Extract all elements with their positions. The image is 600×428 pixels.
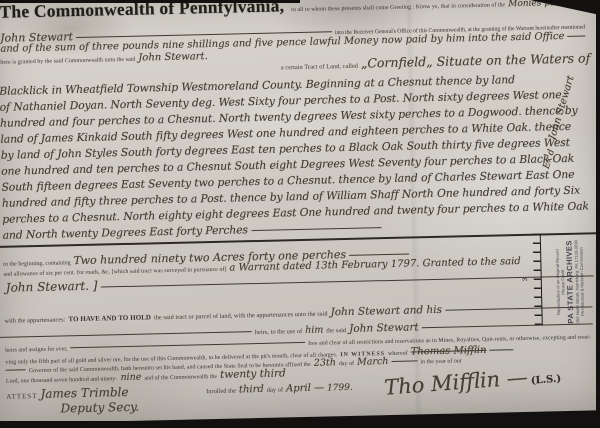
lord-year-text: Lord, one thousand seven hundred and nin…: [6, 376, 118, 385]
scan-edge-bottom: [0, 421, 600, 428]
tract-parcel-text: the said tract or parcel of land, with t…: [154, 310, 328, 321]
inrolled-label: Inrolled the: [206, 388, 236, 396]
heirs-use-text: heirs, to the use of: [255, 328, 302, 336]
attest-name: James Trimble: [40, 385, 128, 401]
year-word: nine: [120, 372, 141, 383]
seal-month: March: [357, 356, 389, 368]
grantee-name: John Stewart. ]: [6, 279, 98, 295]
to-have-and-to-hold: TO HAVE AND TO HOLD: [68, 313, 151, 323]
him-word: him: [305, 325, 323, 336]
commonwealth-year: twenty third: [220, 367, 286, 380]
grantee-name: John Stewart.: [138, 51, 208, 64]
enrolled-year: 1799.: [327, 383, 353, 394]
commonwealth-year-text: and of the Commonwealth the: [144, 374, 217, 382]
dash-filler: [252, 227, 382, 231]
dash-filler: [0, 331, 252, 338]
day-of-text: day of: [267, 386, 283, 393]
dash-filler: [71, 342, 306, 348]
dash-filler: [489, 349, 513, 351]
archives-stamp: Reproduction of an Original Record Pleas…: [546, 226, 594, 337]
metes-and-bounds: Blacklick in Wheatfield Township Westmor…: [0, 71, 583, 244]
granted-text: there is granted by the said Commonwealt…: [0, 57, 135, 66]
archives-stamp-text: Reproduction of an Original Record Pleas…: [554, 227, 585, 338]
tract-label: a certain Tract of Land, called: [281, 63, 358, 72]
greeting-text: to all to whom these presents shall come…: [291, 2, 505, 13]
attest-row: ATTEST James Trimble: [6, 385, 129, 402]
grantee-and-his: John Stewart and his: [330, 304, 442, 319]
heirs-forever-text: heirs and assigns for ever,: [5, 346, 68, 353]
attest-label: ATTEST: [6, 392, 37, 401]
dash-filler: [567, 35, 585, 36]
ruler-label: 3: [522, 278, 529, 282]
document-title: The Commonwealth of Pennfylvania,: [0, 0, 284, 23]
seal-mark: (L.S.): [531, 374, 562, 387]
scanned-document: The Commonwealth of Pennfylvania, to all…: [0, 0, 600, 428]
day-of-text: day of: [339, 361, 354, 367]
enrolled-month: April —: [286, 383, 324, 395]
deputy-title: Deputy Secy.: [60, 400, 139, 416]
enrolled-row: Inrolled the third day of April — 1799.: [206, 382, 353, 396]
scan-edge-right: [596, 0, 600, 428]
tract-name: „Cornfield„ Situate on the Waters of: [361, 50, 591, 70]
enrolled-day: third: [239, 384, 264, 396]
scan-edge-top: [0, 0, 300, 3]
paper: The Commonwealth of Pennfylvania, to all…: [0, 0, 600, 424]
appurtenances-text: with the appurtenances:: [4, 316, 65, 324]
dash-filler: [6, 369, 26, 370]
signature-row: Tho Mifflin — (L.S.): [383, 363, 561, 400]
dash-filler: [349, 254, 409, 256]
the-said-text: the said: [326, 327, 346, 334]
governor-signature: Tho Mifflin —: [383, 365, 528, 400]
grantee-name: John Stewart: [349, 321, 419, 335]
seal-day: 23th: [314, 357, 336, 368]
tract-row: a certain Tract of Land, called „Cornfie…: [281, 50, 591, 72]
year-of-our-text: in the year of our: [420, 358, 462, 365]
dash-filler: [101, 275, 594, 287]
deputy-row: Deputy Secy.: [60, 400, 139, 416]
dash-filler: [391, 360, 417, 362]
